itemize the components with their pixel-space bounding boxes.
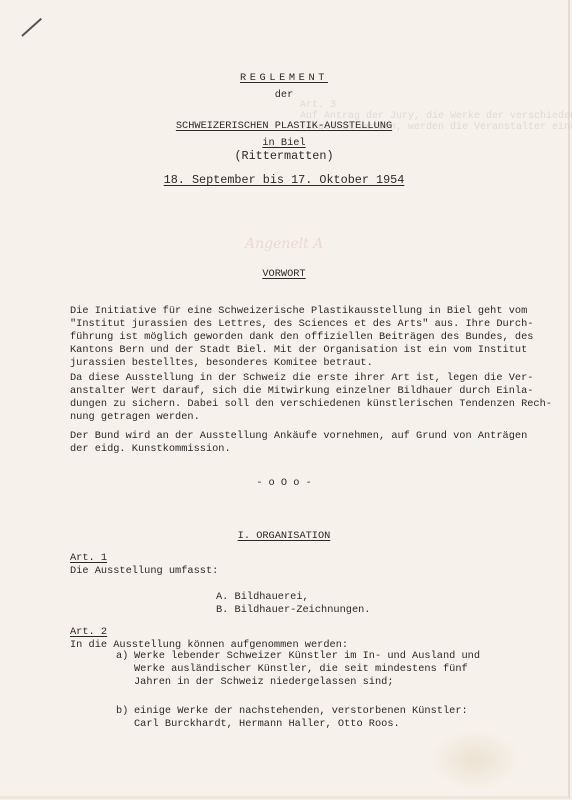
document-title: REGLEMENT <box>0 72 568 85</box>
foreword-heading: VORWORT <box>0 268 568 281</box>
pencil-mark <box>21 18 42 37</box>
list-item-line: Jahren in der Schweiz niedergelassen sin… <box>134 676 394 689</box>
list-item-line: Carl Burckhardt, Hermann Haller, Otto Ro… <box>134 718 400 731</box>
article-1-item-a: A. Bildhauerei, <box>216 591 309 604</box>
foreword-line: der eidg. Kunstkommission. <box>70 443 231 456</box>
foreword-line: Der Bund wird an der Ausstellung Ankäufe… <box>70 430 527 443</box>
exhibition-dates: 18. September bis 17. Oktober 1954 <box>0 174 568 187</box>
article-1-text: Die Ausstellung umfasst: <box>70 565 218 578</box>
foreword-line: führung ist möglich geworden dank den of… <box>70 331 533 344</box>
list-item-line: einige Werke der nachstehenden, verstorb… <box>134 705 468 718</box>
foreword-line: jurassien bestelltes, besonderes Komitee… <box>70 357 373 370</box>
article-1-label: Art. 1 <box>70 552 107 565</box>
separator: - o O o - <box>0 477 568 490</box>
list-marker: a) <box>116 650 128 663</box>
section-heading: I. ORGANISATION <box>0 530 568 543</box>
document-page: Art. 3 Auf Antrag der Jury, die Werke de… <box>0 0 570 799</box>
article-1-item-b: B. Bildhauer-Zeichnungen. <box>216 604 370 617</box>
red-annotation-mark: Angenelt A <box>245 236 345 258</box>
foreword-line: Da diese Ausstellung in der Schweiz die … <box>70 372 533 385</box>
article-2-label: Art. 2 <box>70 626 107 639</box>
foreword-line: anstalter Wert darauf, sich die Mitwirku… <box>70 385 533 398</box>
foreword-line: dungen zu sichern. Dabei soll den versch… <box>70 398 552 411</box>
paper-stain <box>430 730 520 790</box>
foreword-line: Kantons Bern und der Stadt Biel. Mit der… <box>70 344 527 357</box>
list-item-line: Werke ausländischer Künstler, die seit m… <box>134 663 468 676</box>
exhibition-location: in Biel <box>0 137 568 150</box>
list-marker: b) <box>116 705 128 718</box>
foreword-line: Die Initiative für eine Schweizerische P… <box>70 305 527 318</box>
title-der: der <box>0 89 568 102</box>
exhibition-venue: (Rittermatten) <box>0 150 568 163</box>
exhibition-name: SCHWEIZERISCHEN PLASTIK-AUSSTELLUNG <box>0 120 568 133</box>
list-item-line: Werke lebender Schweizer Künstler im In-… <box>134 650 480 663</box>
foreword-line: nung getragen werden. <box>70 411 200 424</box>
foreword-line: "Institut jurassien des Lettres, des Sci… <box>70 318 533 331</box>
